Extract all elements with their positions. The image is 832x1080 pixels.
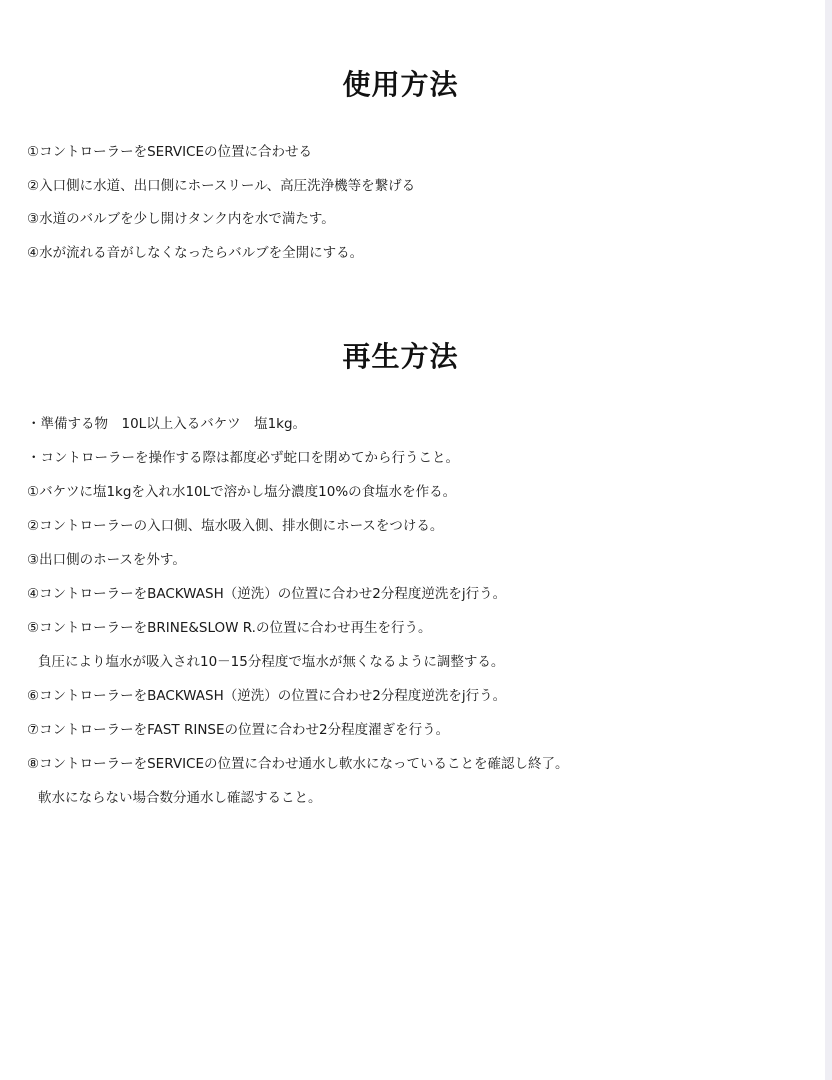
regen-step-3: ③出口側のホースを外す。 <box>27 543 569 577</box>
regen-step-4: ④コントローラーをBACKWASH（逆洗）の位置に合わせ2分程度逆洗をj行う。 <box>27 577 569 611</box>
usage-step-2: ②入口側に水道、出口側にホースリール、高圧洗浄機等を繋げる <box>27 170 415 204</box>
usage-instructions-list: ①コントローラーをSERVICEの位置に合わせる ②入口側に水道、出口側にホース… <box>27 136 415 270</box>
section-title-usage: 使用方法 <box>0 68 801 102</box>
regen-caution-note: ・コントローラーを操作する際は都度必ず蛇口を閉めてから行うこと。 <box>27 441 569 475</box>
usage-step-4: ④水が流れる音がしなくなったらバルブを全開にする。 <box>27 237 415 271</box>
regen-step-7: ⑦コントローラーをFAST RINSEの位置に合わせ2分程度濯ぎを行う。 <box>27 713 569 747</box>
regen-step-8-note: 軟水にならない場合数分通水し確認すること。 <box>27 781 569 815</box>
regen-step-5-note: 負圧により塩水が吸入され10－15分程度で塩水が無くなるように調整する。 <box>27 645 569 679</box>
document-page: 使用方法 ①コントローラーをSERVICEの位置に合わせる ②入口側に水道、出口… <box>0 0 825 1080</box>
regen-step-6: ⑥コントローラーをBACKWASH（逆洗）の位置に合わせ2分程度逆洗をj行う。 <box>27 679 569 713</box>
usage-step-1: ①コントローラーをSERVICEの位置に合わせる <box>27 136 415 170</box>
regen-step-1: ①バケツに塩1kgを入れ水10Lで溶かし塩分濃度10%の食塩水を作る。 <box>27 475 569 509</box>
page-edge-strip <box>825 0 832 1080</box>
regeneration-instructions-list: ・準備する物 10L以上入るバケツ 塩1kg。 ・コントローラーを操作する際は都… <box>27 407 569 815</box>
regen-step-8: ⑧コントローラーをSERVICEの位置に合わせ通水し軟水になっていることを確認し… <box>27 747 569 781</box>
regen-prep-items: ・準備する物 10L以上入るバケツ 塩1kg。 <box>27 407 569 441</box>
regen-step-5: ⑤コントローラーをBRINE&SLOW R.の位置に合わせ再生を行う。 <box>27 611 569 645</box>
regen-step-2: ②コントローラーの入口側、塩水吸入側、排水側にホースをつける。 <box>27 509 569 543</box>
usage-step-3: ③水道のバルブを少し開けタンク内を水で満たす。 <box>27 203 415 237</box>
section-title-regeneration: 再生方法 <box>0 340 801 374</box>
